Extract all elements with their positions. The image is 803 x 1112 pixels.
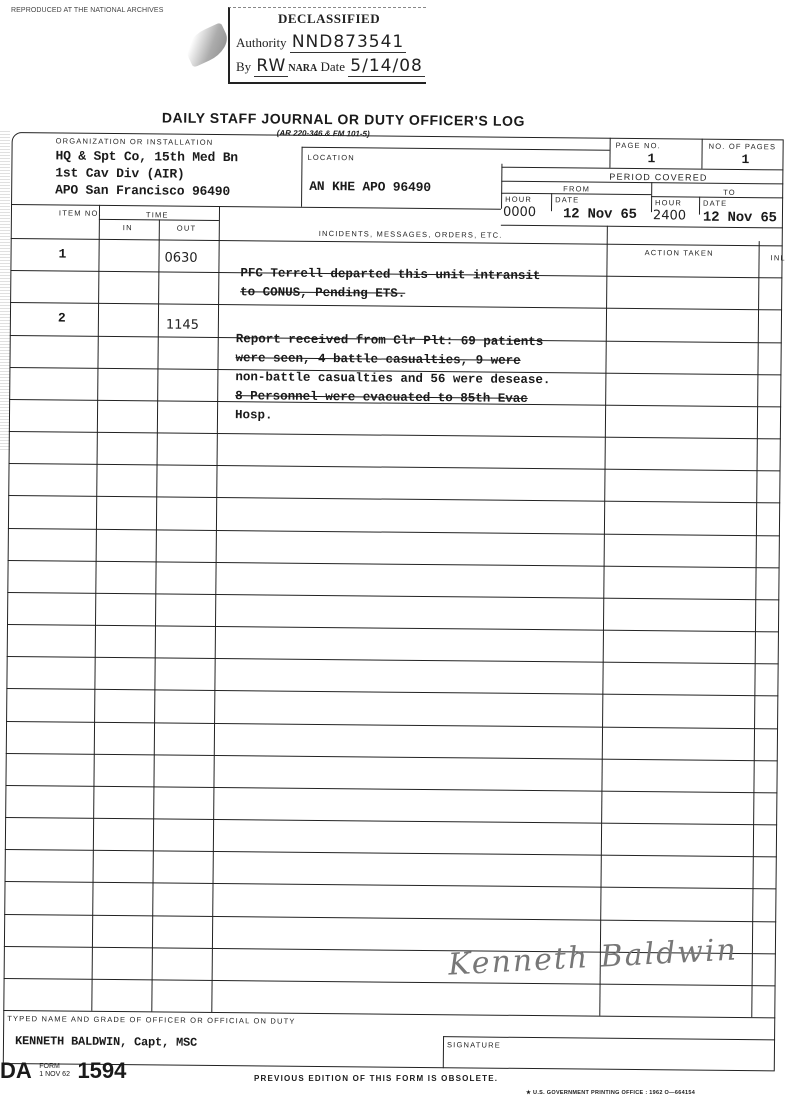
log-table-grid (12, 104, 784, 111)
item-no-header: ITEM NO. (59, 208, 102, 218)
time-out-header: OUT (177, 224, 197, 233)
form-date-block: FORM1 NOV 62 (39, 1063, 70, 1079)
organization-line-1: HQ & Spt Co, 15th Med Bn (55, 148, 238, 165)
archive-note: REPRODUCED AT THE NATIONAL ARCHIVES (11, 7, 163, 14)
entry-1-line-2: to CONUS, Pending ETS. (240, 283, 540, 305)
organization-label: ORGANIZATION OR INSTALLATION (56, 136, 214, 147)
entry-2-item: 2 (58, 310, 66, 325)
form-prefix: DA (0, 1058, 32, 1084)
form-title: DAILY STAFF JOURNAL OR DUTY OFFICER'S LO… (162, 109, 525, 128)
time-header: TIME (146, 210, 169, 219)
no-of-pages-label: NO. OF PAGES (709, 142, 777, 152)
location-value: AN KHE APO 96490 (309, 179, 431, 195)
from-label: FROM (563, 184, 590, 193)
page-no-label: PAGE NO. (616, 141, 661, 150)
entry-2-text: Report received from Clr Plt: 69 patient… (235, 330, 551, 428)
to-hour-value: 2400 (653, 208, 686, 223)
entry-1-time-out: 0630 (164, 250, 197, 265)
action-taken-header: ACTION TAKEN (645, 248, 714, 258)
entry-1-item: 1 (58, 246, 66, 261)
location-label: LOCATION (307, 153, 354, 162)
form-number-block: DA FORM1 NOV 62 1594 (0, 1058, 126, 1084)
organization-line-3: APO San Francisco 96490 (55, 182, 230, 199)
staple-mark (181, 22, 234, 68)
from-date-value: 12 Nov 65 (563, 206, 637, 223)
entry-1-text: PFC Terrell departed this unit intransit… (240, 264, 540, 305)
by-value: RW (254, 56, 288, 77)
time-in-header: IN (123, 223, 133, 232)
to-label: TO (723, 188, 736, 197)
gpo-note: ★ U.S. GOVERNMENT PRINTING OFFICE : 1962… (526, 1090, 695, 1096)
authority-label: Authority (236, 35, 287, 50)
form-word: FORM (39, 1063, 60, 1070)
stamp-title: DECLASSIFIED (278, 11, 380, 27)
to-hour-label: HOUR (655, 198, 682, 207)
form-date: 1 NOV 62 (39, 1071, 70, 1078)
agency-label: NARA (288, 63, 317, 74)
to-date-value: 12 Nov 65 (703, 210, 777, 227)
staff-journal-form: DAILY STAFF JOURNAL OR DUTY OFFICER'S LO… (3, 104, 784, 1071)
organization-line-2: 1st Cav Div (AIR) (55, 165, 184, 181)
stamp-by-line: By RWNARA Date 5/14/08 (236, 56, 425, 76)
from-hour-label: HOUR (505, 195, 532, 204)
form-number: 1594 (77, 1058, 126, 1084)
stamp-authority-line: Authority NND873541 (236, 32, 406, 52)
typed-name-value: KENNETH BALDWIN, Capt, MSC (15, 1034, 197, 1050)
entry-2-time-out: 1145 (166, 317, 199, 332)
from-hour-value: 0000 (503, 205, 536, 220)
page-no-value: 1 (647, 151, 655, 166)
by-label: By (236, 59, 251, 74)
to-date-label: DATE (703, 199, 727, 208)
date-label: Date (321, 59, 346, 74)
inl-header: INL (771, 253, 786, 262)
signature-label: SIGNATURE (447, 1040, 501, 1050)
declassified-stamp: DECLASSIFIED Authority NND873541 By RWNA… (228, 7, 426, 84)
entry-2-line-4: 8 Personnel were evacuated to 85th Evac (235, 387, 550, 409)
entry-2-line-5: Hosp. (235, 406, 550, 428)
date-value: 5/14/08 (348, 56, 425, 77)
obsolete-note: PREVIOUS EDITION OF THIS FORM IS OBSOLET… (254, 1074, 498, 1083)
authority-value: NND873541 (290, 32, 406, 53)
no-of-pages-value: 1 (741, 152, 749, 167)
from-date-label: DATE (555, 195, 579, 204)
incidents-header: INCIDENTS, MESSAGES, ORDERS, ETC. (319, 229, 503, 240)
